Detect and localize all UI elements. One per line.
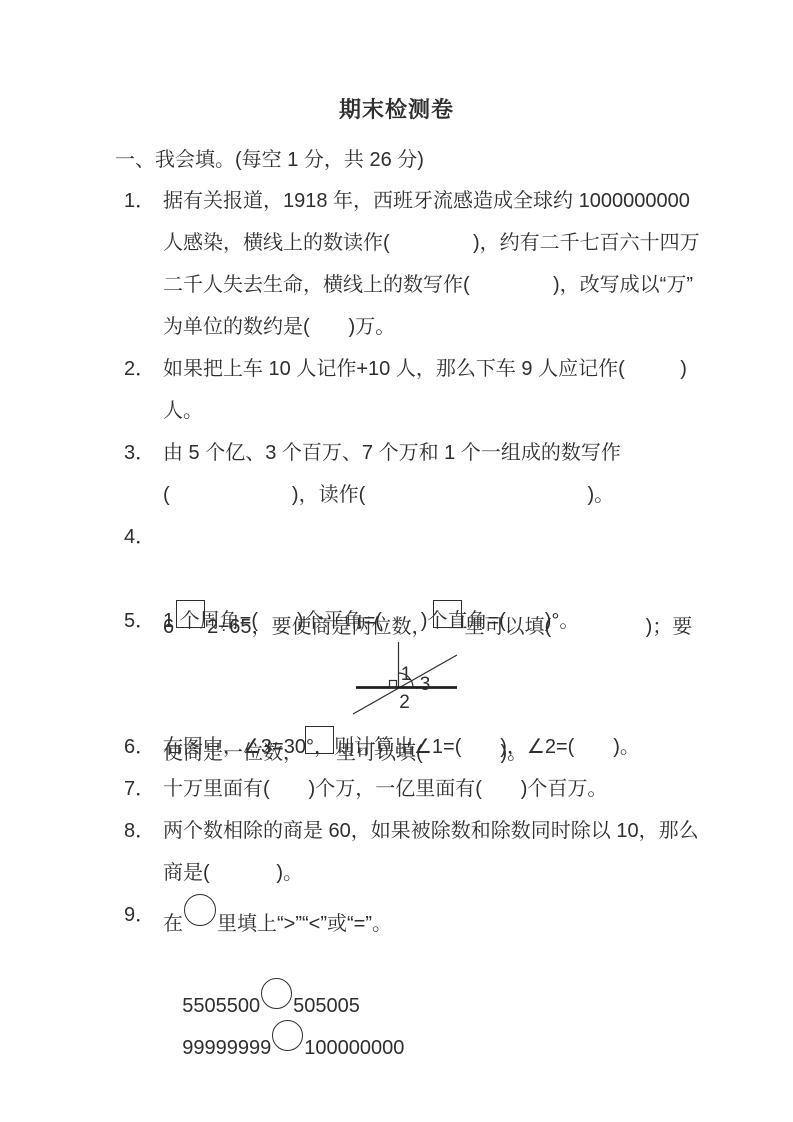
- item-4-number: 4．: [124, 516, 155, 558]
- item-1-number: 1．: [124, 180, 155, 222]
- item-2-number: 2．: [124, 348, 155, 390]
- comparison-row: 99999999100000000: [160, 978, 404, 1111]
- item-5-number: 5．: [124, 600, 155, 642]
- angle-label-1: 1: [401, 664, 412, 685]
- angle-figure: 1 3 2: [335, 632, 470, 727]
- item-9-text-post: 里填上“>”“<”或“=”。: [217, 913, 392, 935]
- item-2-text: 如果把上车 10 人记作+10 人，那么下车 9 人应记作( ) 人。: [163, 348, 724, 432]
- item-9-text-pre: 在: [163, 913, 183, 935]
- item-7: 7． 十万里面有( )个万，一亿里面有( )个百万。: [124, 768, 724, 810]
- item-3-number: 3．: [124, 432, 155, 474]
- item-7-text: 十万里面有( )个万，一亿里面有( )个百万。: [163, 768, 724, 810]
- angle-label-3: 3: [420, 674, 431, 695]
- item-3: 3． 由 5 个亿、3 个百万、7 个万和 1 个一组成的数写作 ( )，读作(…: [124, 432, 724, 516]
- item-8-number: 8．: [124, 810, 155, 852]
- item-9-number: 9．: [124, 894, 155, 936]
- section-heading: 一、我会填。(每空 1 分，共 26 分): [115, 139, 424, 181]
- item-8-text: 两个数相除的商是 60，如果被除数和除数同时除以 10，那么 商是( )。: [163, 810, 724, 894]
- item-6-number: 6．: [124, 726, 155, 768]
- page-title: 期末检测卷: [0, 95, 793, 125]
- item-2: 2． 如果把上车 10 人记作+10 人，那么下车 9 人应记作( ) 人。: [124, 348, 724, 432]
- angle-label-2: 2: [399, 692, 410, 713]
- item-3-text: 由 5 个亿、3 个百万、7 个万和 1 个一组成的数写作 ( )，读作( )。: [163, 432, 724, 516]
- item-1: 1． 据有关报道，1918 年，西班牙流感造成全球约 1000000000 人感…: [124, 180, 724, 348]
- answer-circle: [184, 894, 216, 926]
- item-7-number: 7．: [124, 768, 155, 810]
- comparison-right-number: 100000000: [304, 1037, 404, 1059]
- compare-circle: [272, 1020, 303, 1051]
- item-6-text: 右图中，∠3=30°，则计算出∠1=( )，∠2=( )。: [163, 726, 724, 768]
- item-1-text: 据有关报道，1918 年，西班牙流感造成全球约 1000000000 人感染，横…: [163, 180, 724, 348]
- item-8: 8． 两个数相除的商是 60，如果被除数和除数同时除以 10，那么 商是( )。: [124, 810, 724, 894]
- item-6: 6． 右图中，∠3=30°，则计算出∠1=( )，∠2=( )。: [124, 726, 724, 768]
- worksheet-page: 期末检测卷 一、我会填。(每空 1 分，共 26 分) 1． 据有关报道，191…: [0, 0, 793, 1122]
- comparison-left-number: 99999999: [182, 1037, 271, 1059]
